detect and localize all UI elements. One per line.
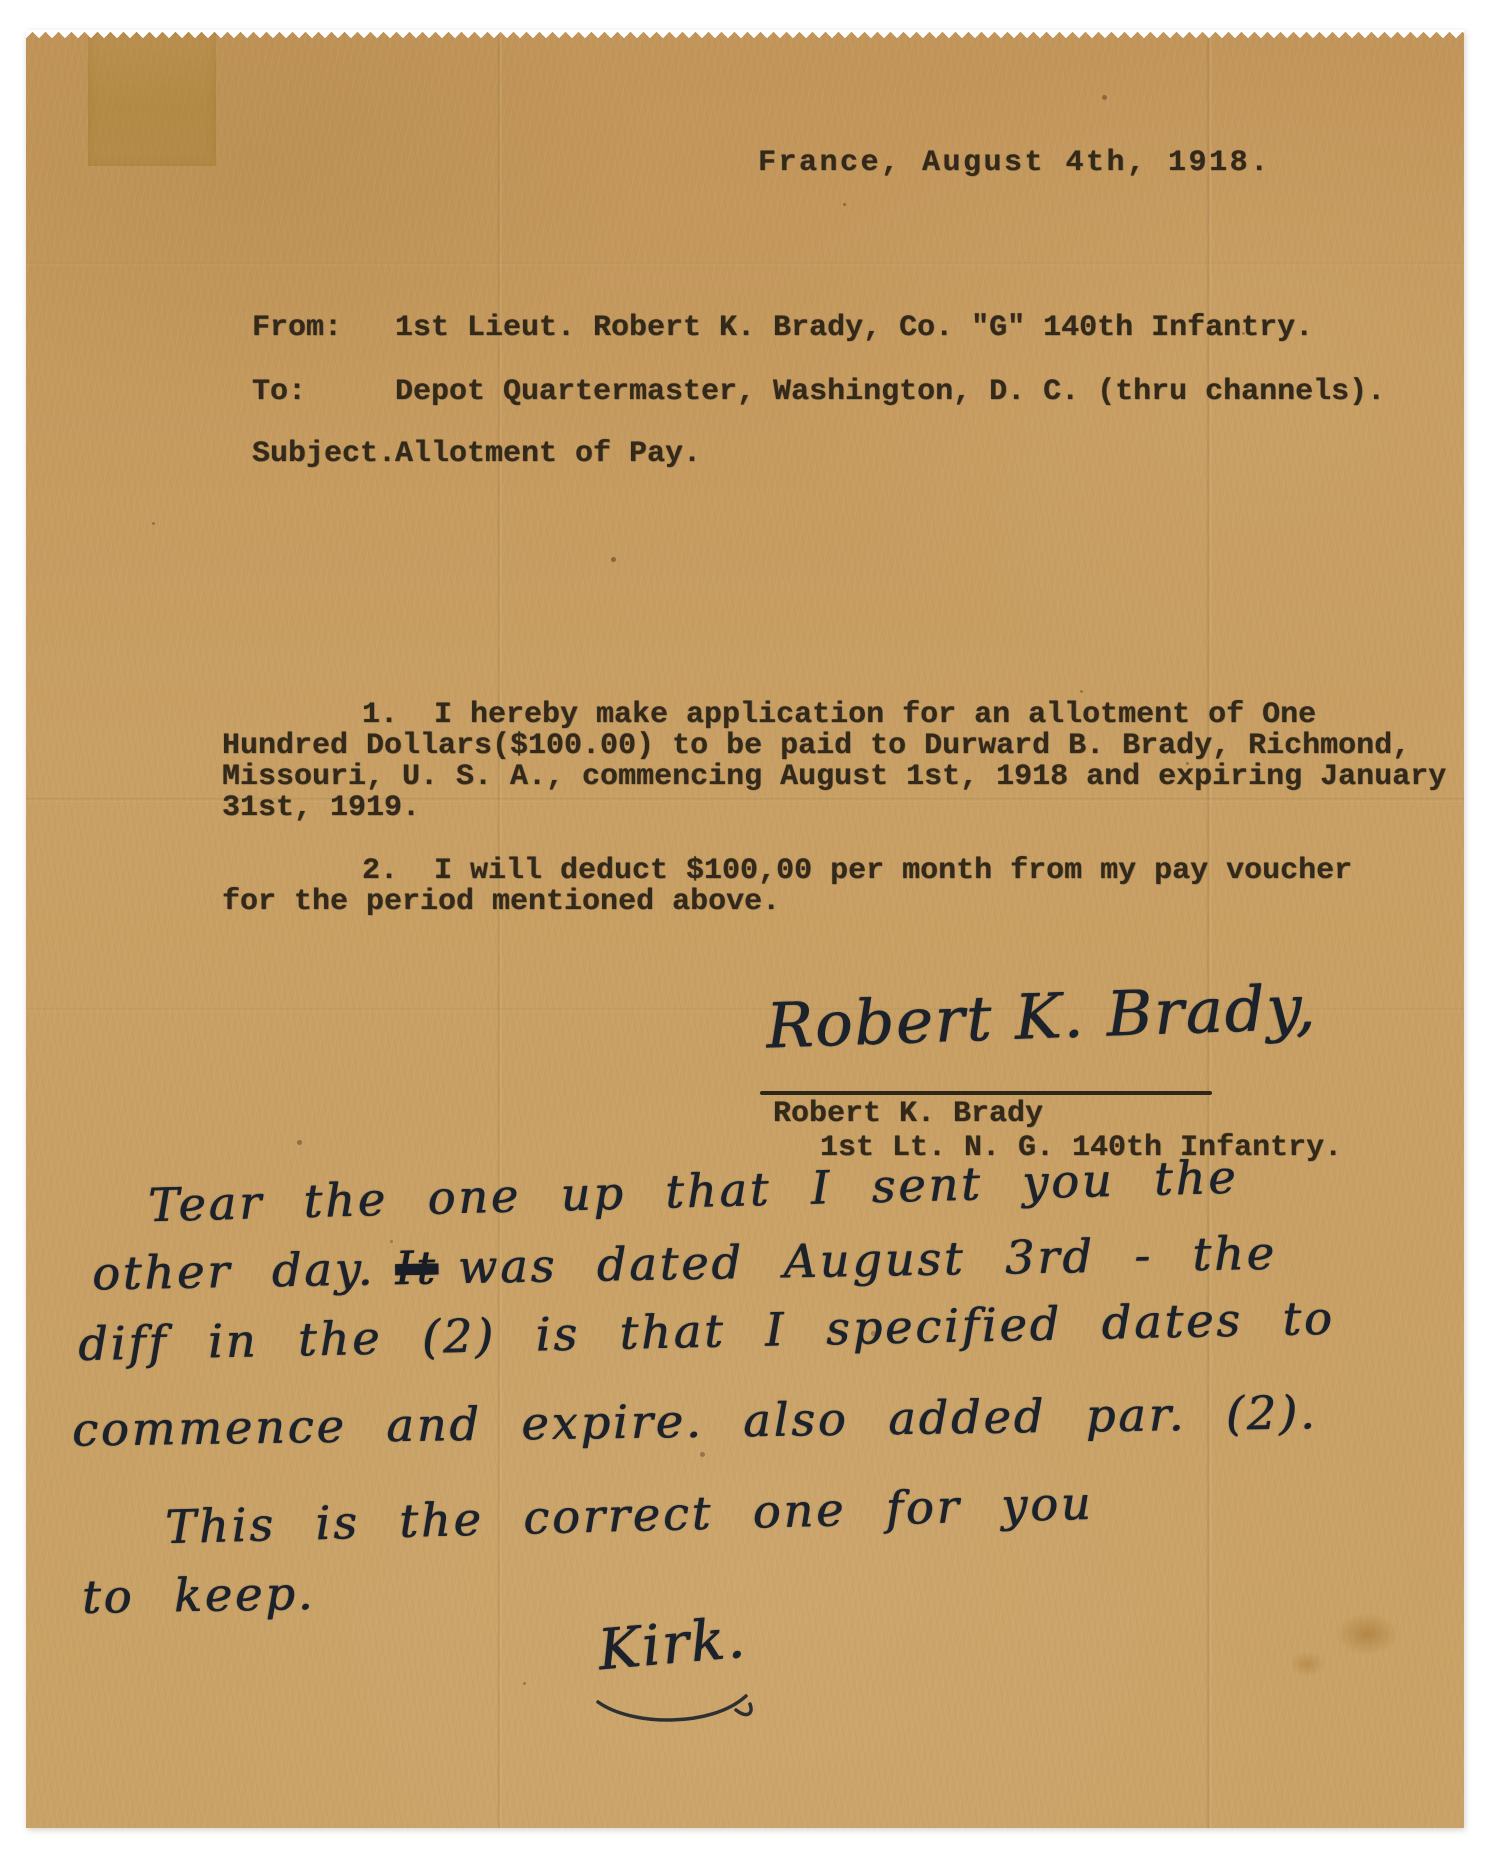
note-line-2-struck-word: It	[395, 1244, 438, 1291]
signature-underline	[760, 1091, 1212, 1095]
subject-value: Allotment of Pay.	[395, 439, 701, 469]
dateline: France, August 4th, 1918.	[758, 148, 1271, 178]
from-label: From:	[252, 313, 342, 343]
torn-paper-edge	[26, 30, 1464, 42]
scanned-letter-page: France, August 4th, 1918. From: 1st Lieu…	[0, 0, 1500, 1856]
subject-label: Subject.	[252, 439, 396, 469]
kraft-paper-sheet	[26, 30, 1464, 1828]
to-value: Depot Quartermaster, Washington, D. C. (…	[395, 377, 1385, 407]
paragraph2-line2: for the period mentioned above.	[222, 887, 780, 917]
paragraph1-line2: Hundred Dollars($100.00) to be paid to D…	[222, 731, 1410, 761]
to-label: To:	[252, 377, 306, 407]
tape-remnant	[88, 32, 216, 166]
note-line-2-end: was dated August 3rd - the	[457, 1230, 1277, 1290]
ink-stain	[1262, 1580, 1412, 1700]
signature-flourish	[586, 1688, 766, 1732]
paragraph1-line3: Missouri, U. S. A., commencing August 1s…	[222, 762, 1446, 792]
paragraph2-line1: 2. I will deduct $100,00 per month from …	[362, 856, 1352, 886]
note-signature-kirk: Kirk.	[595, 1606, 748, 1684]
note-line-2-start: other day.	[92, 1246, 376, 1297]
paper-flecks	[0, 0, 3, 3]
note-line-6: to keep.	[82, 1570, 316, 1620]
typed-signature-name: Robert K. Brady	[773, 1099, 1043, 1129]
paragraph1-line4: 31st, 1919.	[222, 793, 420, 823]
paragraph1-line1: 1. I hereby make application for an allo…	[362, 700, 1316, 730]
from-value: 1st Lieut. Robert K. Brady, Co. "G" 140t…	[395, 313, 1313, 343]
